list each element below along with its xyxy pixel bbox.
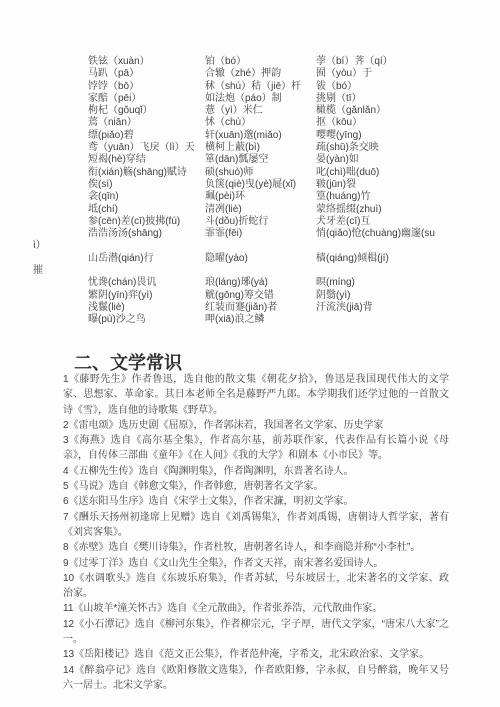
pinyin-entry: 阴翳(yì) — [316, 290, 490, 302]
literary-note-item: 14《醉翁亭记》选自《欧阳修散文选集》，作者欧阳修，字永叔，自号醉翁，晚年又号六… — [63, 663, 449, 694]
pinyin-entry: 横柯上蔽(bì) — [205, 142, 316, 154]
pinyin-entry: 蒙络摇缀(zhuì) — [316, 204, 490, 216]
literary-note-item: 3《海燕》选自《高尔基全集》，作者高尔基，前苏联作家，代表作品有长篇小说《母亲》… — [63, 433, 449, 464]
pinyin-entry: 合辙（zhé）押韵 — [205, 68, 316, 80]
pinyin-entry: 蔫（niān） — [88, 117, 205, 129]
pinyin-entry: 汗流浃(jiā)背 — [316, 302, 490, 314]
literary-note-item: 10《水调歌头》选自《东坡乐府集》，作者苏轼，号东坡居士，北宋著名的文学家、政治… — [63, 571, 449, 602]
pinyin-row: 饽饽（bō）秫（shú）秸（jiē）杆钹（bó） — [33, 81, 490, 93]
pinyin-entry: 浩浩汤汤(shāng) — [88, 228, 205, 240]
pinyin-row: 忧谗(chán)畏讥琅(láng)琊(yá)暝(míng) — [33, 277, 490, 289]
pinyin-row: 衔(xián)觞(shāng)赋诗硕(shuò)师叱(chì)咄(duō) — [33, 167, 490, 179]
pinyin-entry: 挑剔（tī） — [316, 93, 490, 105]
pinyin-entry — [316, 314, 490, 326]
pinyin-entry: 鸢（yuān）飞戾（lì）天 — [88, 142, 205, 154]
literary-note-item: 12《小石潭记》选自《柳河东集》，作者柳宗元，字子厚，唐代文学家，“唐宋八大家”… — [63, 617, 449, 648]
pinyin-row: 坻(chí)清冽(liè)蒙络摇缀(zhuì) — [33, 204, 490, 216]
literary-note-item: 2《雷电颂》选历史剧《屈原》，作者郭沫若，我国著名文学家、历史学家 — [63, 418, 449, 433]
literary-note-item: 11《山坡羊*潼关怀古》选自《全元散曲》，作者张养浩，元代散曲作家。 — [63, 601, 449, 616]
pinyin-entry: 衔(xián)觞(shāng)赋诗 — [88, 167, 205, 179]
pinyin-entry: 呷(xiā)浪之鳞 — [205, 314, 316, 326]
literary-notes-section: 1《藤野先生》作者鲁迅，选自他的散文集《朝花夕拾》，鲁迅是我国现代伟大的文学家、… — [63, 372, 449, 693]
pinyin-entry: 浅鬣(liè) — [88, 302, 205, 314]
pinyin-entry: 篁(huáng)竹 — [316, 191, 490, 203]
pinyin-entry: 马趴（pā） — [88, 68, 205, 80]
pinyin-entry: 悄(qiǎo)怆(chuàng)幽邃(su — [316, 228, 490, 240]
pinyin-row: 缥(piǎo)碧轩(xuān)邈(miǎo)嘤嘤(yīng) — [33, 130, 490, 142]
pinyin-row: 家醅（pēi）如法炮（páo）制挑剔（tī） — [33, 93, 490, 105]
pinyin-entry: 繁阴(yīn)弈(yì) — [88, 290, 205, 302]
pinyin-entry: 樯(qiáng)倾楫(jí) — [316, 253, 490, 265]
pinyin-entry: 铂（bó） — [205, 56, 316, 68]
pinyin-row: 浩浩汤汤(shāng)霏霏(fēi)悄(qiǎo)怆(chuàng)幽邃(su — [33, 228, 490, 240]
pinyin-entry: 犬牙差(cī)互 — [316, 216, 490, 228]
pinyin-entry: 疏(shū)条交映 — [316, 142, 490, 154]
pinyin-entry: 坻(chí) — [88, 204, 205, 216]
literary-note-item: 6《送东阳马生序》选自《宋学士文集》，作者宋濂，明初文学家。 — [63, 494, 449, 509]
literary-note-item: 4《五柳先生传》选自《陶渊明集》，作者陶渊明，东晋著名诗人。 — [63, 464, 449, 479]
pinyin-entry: 清冽(liè) — [205, 204, 316, 216]
pinyin-entry: 囿（yòu）于 — [316, 68, 490, 80]
pinyin-entry: 负箧(qiè)曳(yè)屣(xǐ) — [205, 179, 316, 191]
pinyin-entry: 短褐(hè)穿结 — [88, 154, 205, 166]
pinyin-entry: 荸（bí）荠（qí） — [316, 56, 490, 68]
literary-note-item: 9《过零丁洋》选自《文山先生全集》，作者文天祥，南宋著名爱国诗人。 — [63, 556, 449, 571]
pinyin-row: 鸢（yuān）飞戾（lì）天横柯上蔽(bì)疏(shū)条交映 — [33, 142, 490, 154]
pinyin-entry: 琅(láng)琊(yá) — [205, 277, 316, 289]
pinyin-entry: 忧谗(chán)畏讥 — [88, 277, 205, 289]
pinyin-entry: 觥(gōng)筹交错 — [205, 290, 316, 302]
pinyin-entry: 饽饽（bō） — [88, 81, 205, 93]
pinyin-row: 山岳潜(qián)行隐曜(yào)樯(qiáng)倾楫(jí) — [33, 253, 490, 265]
pinyin-entry: 暝(míng) — [316, 277, 490, 289]
document-page: 铁铉（xuàn）铂（bó）荸（bí）荠（qí） 马趴（pā）合辙（zhé）押韵囿… — [0, 0, 500, 707]
pinyin-entry: 硕(shuò)师 — [205, 167, 316, 179]
pinyin-entry: 俟(sì) — [88, 179, 205, 191]
pinyin-entry: 箪(dān)瓢屡空 — [205, 154, 316, 166]
pinyin-entry: 珮(pèi)环 — [205, 191, 316, 203]
pinyin-row: 铁铉（xuàn）铂（bó）荸（bí）荠（qí） — [33, 56, 490, 68]
pinyin-row: 蔫（niān）怵（chù）抠（kōu） — [33, 117, 490, 129]
pinyin-entry: 嘤嘤(yīng) — [316, 130, 490, 142]
pinyin-row: 衾(qīn)珮(pèi)环篁(huáng)竹 — [33, 191, 490, 203]
pinyin-entry: 斗(dǒu)折蛇行 — [205, 216, 316, 228]
pinyin-entry: 晏(yàn)如 — [316, 154, 490, 166]
pinyin-entry: 红装而蹇(jiǎn)者 — [205, 302, 316, 314]
literary-note-item: 1《藤野先生》作者鲁迅，选自他的散文集《朝花夕拾》，鲁迅是我国现代伟大的文学家、… — [63, 372, 449, 418]
pinyin-glossary-section: 铁铉（xuàn）铂（bó）荸（bí）荠（qí） 马趴（pā）合辙（zhé）押韵囿… — [33, 56, 490, 327]
wrapped-pinyin-fragment: ì） — [33, 240, 490, 252]
pinyin-entry: 曝(pù)沙之鸟 — [88, 314, 205, 326]
pinyin-row: 参(cēn)差(cī)披拂(fú)斗(dǒu)折蛇行犬牙差(cī)互 — [33, 216, 490, 228]
pinyin-entry: 隐曜(yào) — [205, 253, 316, 265]
literary-note-item: 5《马说》选自《韩愈文集》，作者韩愈，唐朝著名文学家。 — [63, 479, 449, 494]
pinyin-entry: 铁铉（xuàn） — [88, 56, 205, 68]
wrapped-pinyin-fragment: 摧 — [33, 265, 490, 277]
pinyin-row: 马趴（pā）合辙（zhé）押韵囿（yòu）于 — [33, 68, 490, 80]
pinyin-entry: 枸杞（gǒuqǐ） — [88, 105, 205, 117]
pinyin-entry: 皲(jūn)裂 — [316, 179, 490, 191]
pinyin-entry: 抠（kōu） — [316, 117, 490, 129]
pinyin-entry: 缥(piǎo)碧 — [88, 130, 205, 142]
pinyin-entry: 橄榄（gǎnlǎn） — [316, 105, 490, 117]
pinyin-entry: 衾(qīn) — [88, 191, 205, 203]
pinyin-row: 繁阴(yīn)弈(yì)觥(gōng)筹交错阴翳(yì) — [33, 290, 490, 302]
pinyin-row: 俟(sì)负箧(qiè)曳(yè)屣(xǐ)皲(jūn)裂 — [33, 179, 490, 191]
pinyin-entry: 参(cēn)差(cī)披拂(fú) — [88, 216, 205, 228]
pinyin-entry: 霏霏(fēi) — [205, 228, 316, 240]
pinyin-entry: 家醅（pēi） — [88, 93, 205, 105]
pinyin-entry: 钹（bó） — [316, 81, 490, 93]
pinyin-entry: 薏（yì）米仁 — [205, 105, 316, 117]
pinyin-entry: 叱(chì)咄(duō) — [316, 167, 490, 179]
pinyin-entry: 轩(xuān)邈(miǎo) — [205, 130, 316, 142]
pinyin-row: 枸杞（gǒuqǐ）薏（yì）米仁橄榄（gǎnlǎn） — [33, 105, 490, 117]
pinyin-row: 曝(pù)沙之鸟呷(xiā)浪之鳞 — [33, 314, 490, 326]
literary-note-item: 13《岳阳楼记》选自《范文正公集》，作者范仲淹，字希文，北宋政治家、文学家。 — [63, 647, 449, 662]
pinyin-row: 短褐(hè)穿结箪(dān)瓢屡空晏(yàn)如 — [33, 154, 490, 166]
literary-note-item: 7《酬乐天扬州初逢席上见赠》选自《刘禹锡集》，作者刘禹锡，唐朝诗人哲学家，著有《… — [63, 510, 449, 541]
pinyin-entry: 山岳潜(qián)行 — [88, 253, 205, 265]
literary-note-item: 8《赤壁》选自《樊川诗集》，作者杜牧，唐朝著名诗人，和李商隐并称“小李杜”。 — [63, 540, 449, 555]
pinyin-entry: 如法炮（páo）制 — [205, 93, 316, 105]
pinyin-entry: 怵（chù） — [205, 117, 316, 129]
pinyin-row: 浅鬣(liè)红装而蹇(jiǎn)者汗流浃(jiā)背 — [33, 302, 490, 314]
pinyin-entry: 秫（shú）秸（jiē）杆 — [205, 81, 316, 93]
